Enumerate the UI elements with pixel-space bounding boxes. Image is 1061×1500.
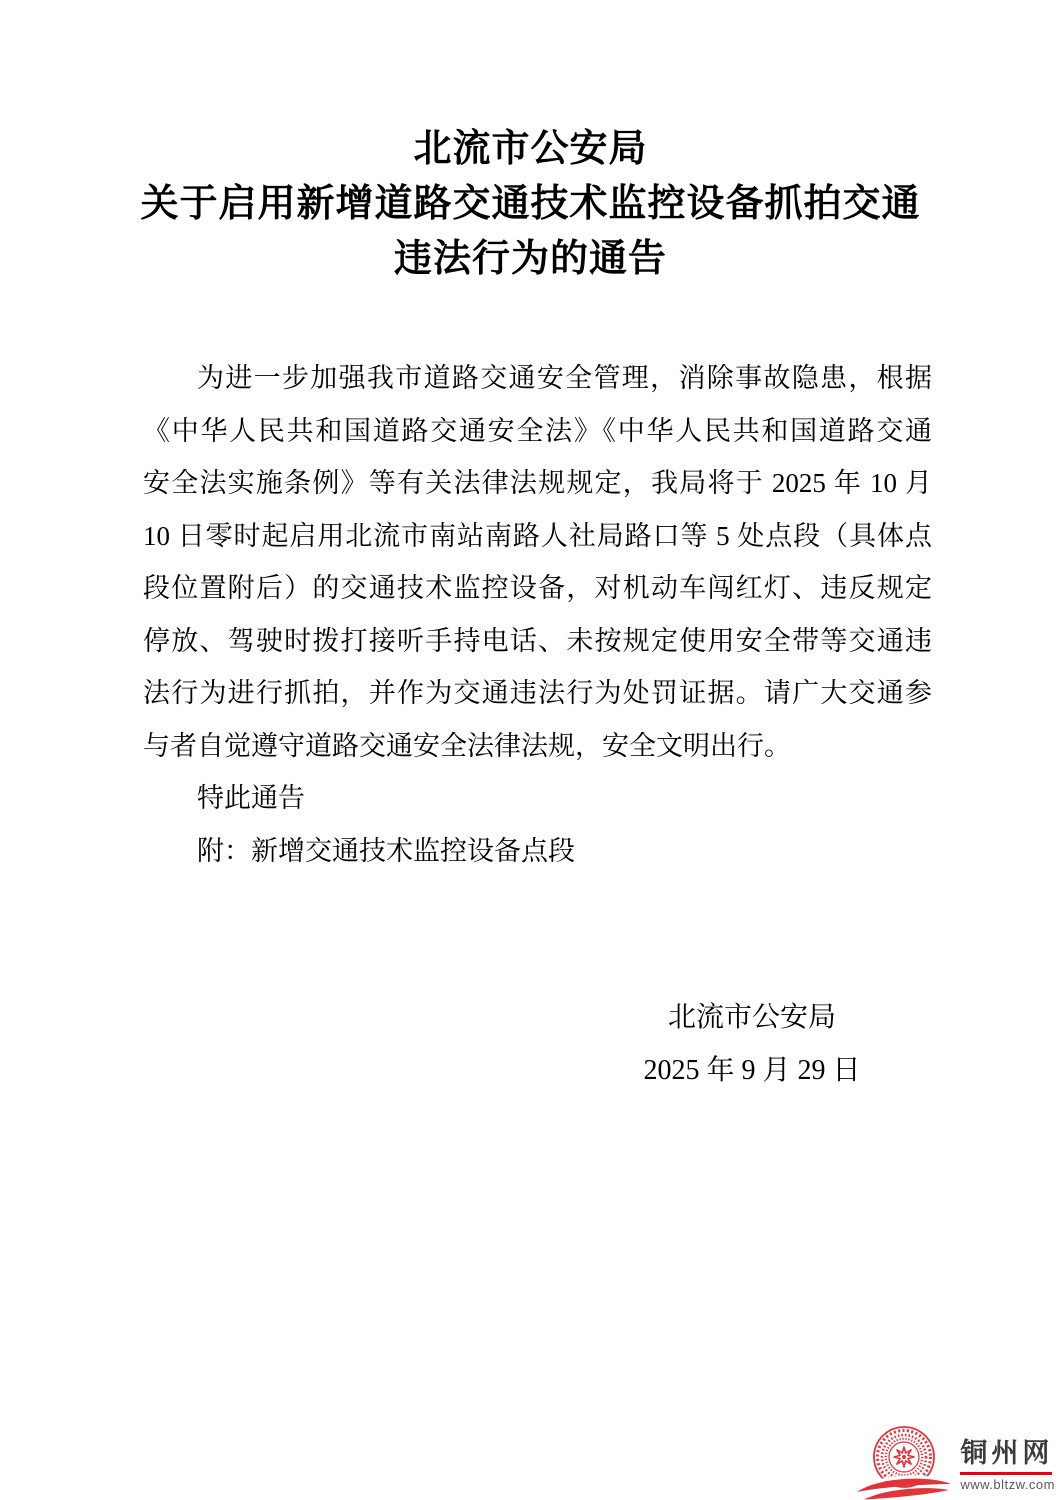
signature-date: 2025 年 9 月 29 日: [537, 1044, 967, 1097]
notice-document-page: 北流市公安局 关于启用新增道路交通技术监控设备抓拍交通 违法行为的通告 为进一步…: [0, 0, 1061, 1500]
notice-body: 为进一步加强我市道路交通安全管理，消除事故隐患，根据 《中华人民共和国道路交通安…: [143, 352, 932, 877]
site-watermark: 铜州网 www.bltzw.com: [856, 1425, 1055, 1500]
body-line: 法行为进行抓拍，并作为交通违法行为处罚证据。请广大交通参: [143, 667, 932, 720]
title-line-org: 北流市公安局: [0, 122, 1061, 177]
signature-block: 北流市公安局 2025 年 9 月 29 日: [537, 991, 967, 1097]
body-line: 10 日零时起启用北流市南站南路人社局路口等 5 处点段（具体点: [143, 510, 932, 563]
site-logo-text: 铜州网 www.bltzw.com: [960, 1439, 1055, 1493]
title-line-subject-2: 违法行为的通告: [0, 232, 1061, 287]
body-line: 为进一步加强我市道路交通安全管理，消除事故隐患，根据: [143, 352, 932, 405]
logo-divider: [960, 1472, 1052, 1475]
notice-title: 北流市公安局 关于启用新增道路交通技术监控设备抓拍交通 违法行为的通告: [0, 122, 1061, 287]
closing-line: 特此通告: [143, 772, 932, 825]
body-line: 与者自觉遵守道路交通安全法律法规，安全文明出行。: [143, 720, 932, 773]
body-line: 《中华人民共和国道路交通安全法》《中华人民共和国道路交通: [143, 405, 932, 458]
attachment-line: 附：新增交通技术监控设备点段: [143, 825, 932, 878]
site-url: www.bltzw.com: [960, 1477, 1055, 1493]
title-line-subject: 关于启用新增道路交通技术监控设备抓拍交通: [0, 177, 1061, 232]
signature-org: 北流市公安局: [537, 991, 967, 1044]
body-line: 停放、驾驶时拨打接听手持电话、未按规定使用安全带等交通违: [143, 615, 932, 668]
seal-emblem-icon: [856, 1425, 952, 1500]
body-line: 安全法实施条例》等有关法律法规规定，我局将于 2025 年 10 月: [143, 457, 932, 510]
site-name: 铜州网: [960, 1439, 1055, 1469]
body-line: 段位置附后）的交通技术监控设备，对机动车闯红灯、违反规定: [143, 562, 932, 615]
